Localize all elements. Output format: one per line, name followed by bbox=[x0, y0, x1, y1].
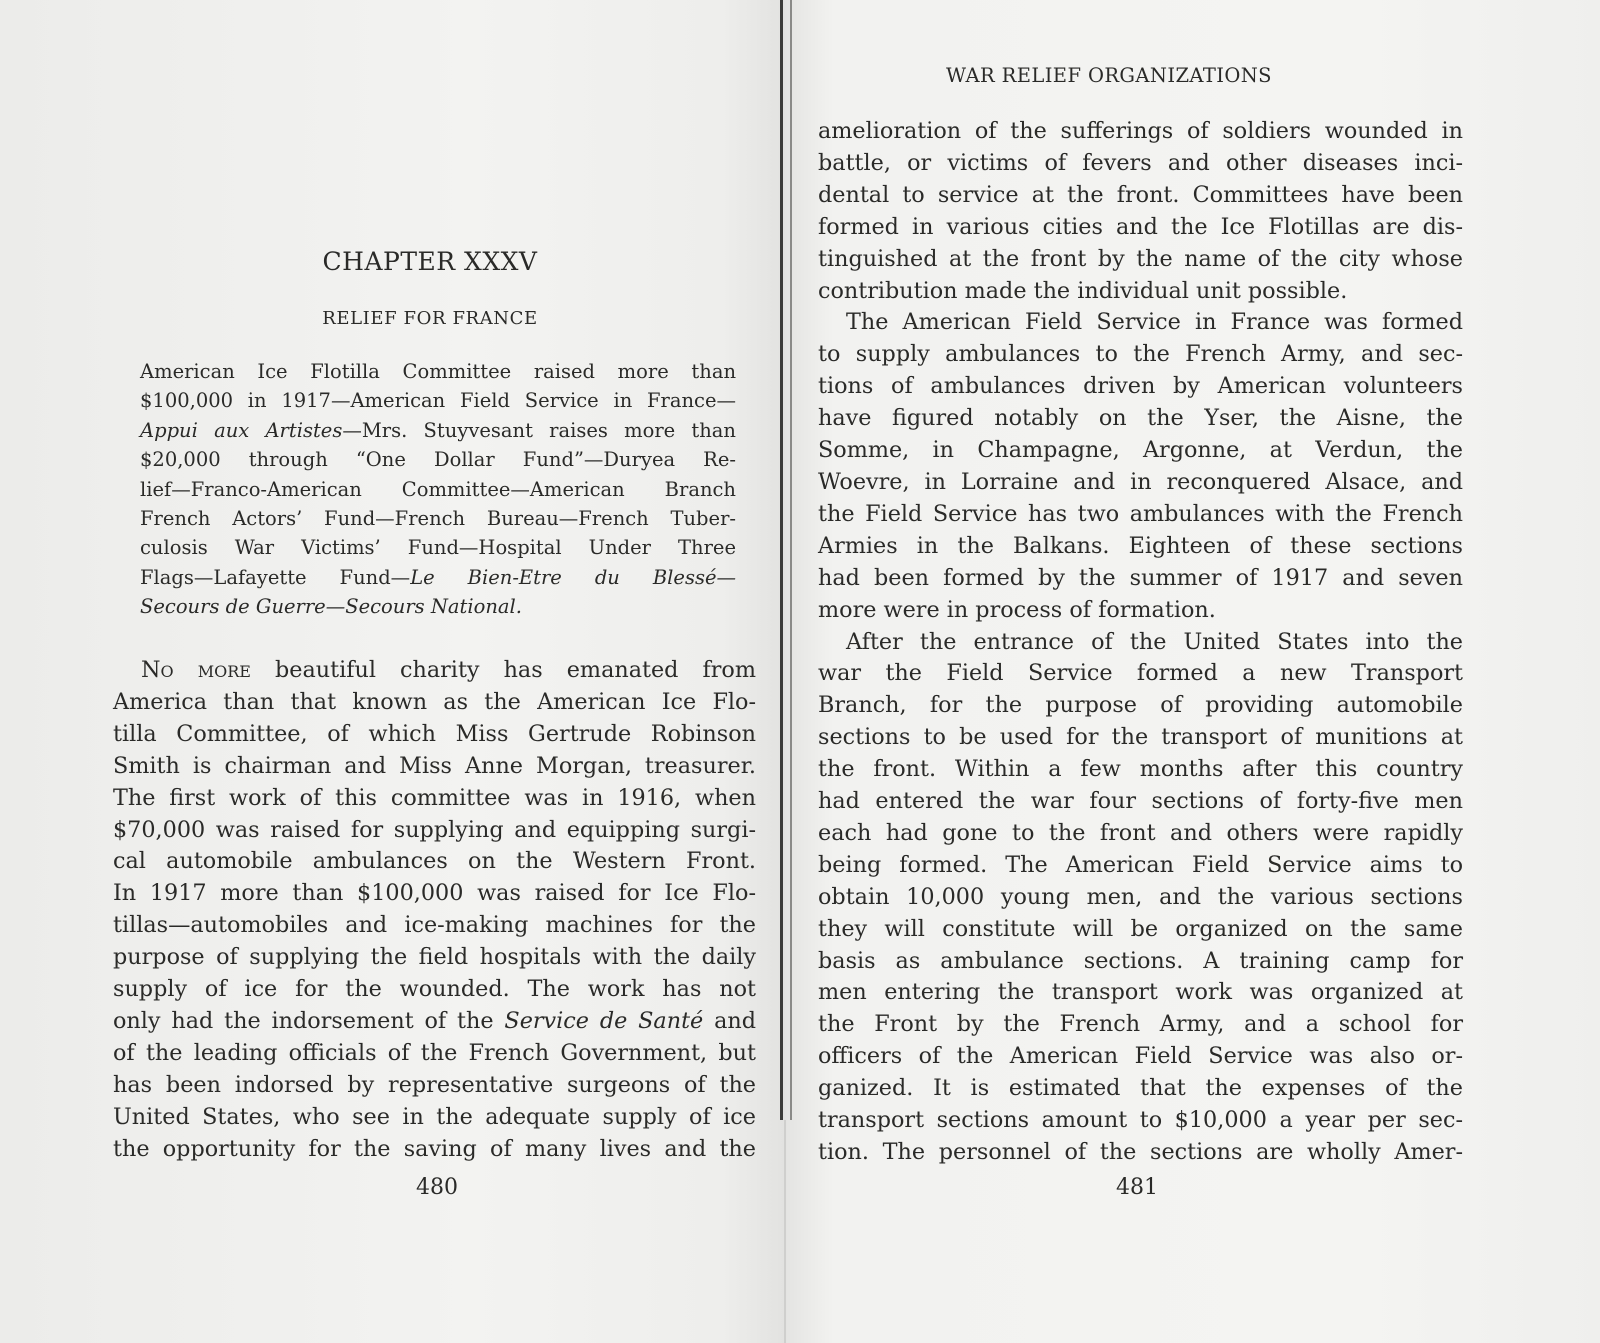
summary-line: American Ice Flotilla Committee raised m… bbox=[140, 357, 736, 386]
chapter-title: CHAPTER XXXV bbox=[100, 247, 760, 276]
body-line: has been indorsed by representative surg… bbox=[113, 1070, 756, 1102]
body-line: Somme, in Champagne, Argonne, at Verdun,… bbox=[818, 435, 1463, 467]
body-line: had entered the war four sections of for… bbox=[818, 786, 1463, 818]
body-line: they will constitute will be organized o… bbox=[818, 914, 1463, 946]
summary-line: $100,000 in 1917—American Field Service … bbox=[140, 386, 736, 415]
page-number-left: 480 bbox=[416, 1175, 458, 1200]
body-line: sections to be used for the transport of… bbox=[818, 722, 1463, 754]
summary-line: lief—Franco-American Committee—American … bbox=[140, 475, 736, 504]
body-line: Branch, for the purpose of providing aut… bbox=[818, 690, 1463, 722]
body-fragment: beautiful charity has emanated from bbox=[251, 657, 756, 683]
body-line: United States, who see in the adequate s… bbox=[113, 1102, 756, 1134]
body-line: The first work of this committee was in … bbox=[113, 783, 756, 815]
body-line: Armies in the Balkans. Eighteen of these… bbox=[818, 531, 1463, 563]
italic-title: Appui aux Artistes bbox=[140, 419, 342, 442]
summary-line: Secours de Guerre—Secours National. bbox=[140, 592, 736, 621]
body-line: Woevre, in Lorraine and in reconquered A… bbox=[818, 467, 1463, 499]
body-line: men entering the transport work was orga… bbox=[818, 977, 1463, 1009]
body-line: tinguished at the front by the name of t… bbox=[818, 244, 1463, 276]
body-line: basis as ambulance sections. A training … bbox=[818, 946, 1463, 978]
running-head: WAR RELIEF ORGANIZATIONS bbox=[946, 64, 1272, 87]
body-line: The American Field Service in France was… bbox=[818, 307, 1463, 339]
left-page-body: No more beautiful charity has emanated f… bbox=[113, 655, 756, 1166]
body-line: supply of ice for the wounded. The work … bbox=[113, 974, 756, 1006]
italic-title: Le Bien-Etre du Blessé— bbox=[410, 566, 736, 589]
summary-line: $20,000 through “One Dollar Fund”—Duryea… bbox=[140, 445, 736, 474]
body-line: purpose of supplying the field hospitals… bbox=[113, 942, 756, 974]
gutter-line bbox=[780, 0, 783, 1120]
body-line: being formed. The American Field Service… bbox=[818, 850, 1463, 882]
body-line: obtain 10,000 young men, and the various… bbox=[818, 882, 1463, 914]
body-line: war the Field Service formed a new Trans… bbox=[818, 658, 1463, 690]
chapter-subtitle: RELIEF FOR FRANCE bbox=[100, 308, 760, 329]
body-line: the front. Within a few months after thi… bbox=[818, 754, 1463, 786]
chapter-summary: American Ice Flotilla Committee raised m… bbox=[140, 357, 736, 622]
body-line: Smith is chairman and Miss Anne Morgan, … bbox=[113, 751, 756, 783]
body-line: amelioration of the sufferings of soldie… bbox=[818, 116, 1463, 148]
body-line: tions of ambulances driven by American v… bbox=[818, 371, 1463, 403]
italic-term: Service de Santé bbox=[504, 1008, 703, 1034]
body-line: of the leading officials of the French G… bbox=[113, 1038, 756, 1070]
body-line: tillas—automobiles and ice-making machin… bbox=[113, 910, 756, 942]
body-line: have figured notably on the Yser, the Ai… bbox=[818, 403, 1463, 435]
drop-small-caps: No more bbox=[141, 657, 251, 683]
body-line: In 1917 more than $100,000 was raised fo… bbox=[113, 878, 756, 910]
body-line: tion. The personnel of the sections are … bbox=[818, 1137, 1463, 1169]
right-page-body: amelioration of the sufferings of soldie… bbox=[818, 116, 1463, 1169]
body-line-opening: No more beautiful charity has emanated f… bbox=[113, 655, 756, 687]
body-line: ganized. It is estimated that the expens… bbox=[818, 1073, 1463, 1105]
summary-line: French Actors’ Fund—French Bureau—French… bbox=[140, 504, 736, 533]
summary-line: culosis War Victims’ Fund—Hospital Under… bbox=[140, 533, 736, 562]
body-line: battle, or victims of fevers and other d… bbox=[818, 148, 1463, 180]
gutter-fold bbox=[784, 1120, 786, 1343]
body-line: the Field Service has two ambulances wit… bbox=[818, 499, 1463, 531]
body-line: to supply ambulances to the French Army,… bbox=[818, 339, 1463, 371]
body-line: contribution made the individual unit po… bbox=[818, 276, 1463, 308]
body-line: transport sections amount to $10,000 a y… bbox=[818, 1105, 1463, 1137]
body-line: each had gone to the front and others we… bbox=[818, 818, 1463, 850]
body-line: America than that known as the American … bbox=[113, 687, 756, 719]
body-line: dental to service at the front. Committe… bbox=[818, 180, 1463, 212]
body-line: After the entrance of the United States … bbox=[818, 627, 1463, 659]
gutter-line-secondary bbox=[790, 0, 792, 1120]
summary-fragment: Flags—Lafayette Fund— bbox=[140, 566, 410, 589]
page-number-right: 481 bbox=[1116, 1175, 1158, 1200]
body-line: tilla Committee, of which Miss Gertrude … bbox=[113, 719, 756, 751]
body-line: $70,000 was raised for supplying and equ… bbox=[113, 815, 756, 847]
body-fragment: and bbox=[703, 1008, 756, 1034]
body-line: had been formed by the summer of 1917 an… bbox=[818, 563, 1463, 595]
body-line: only had the indorsement of the Service … bbox=[113, 1006, 756, 1038]
summary-fragment: —Mrs. Stuyvesant raises more than bbox=[342, 419, 736, 442]
body-line: formed in various cities and the Ice Flo… bbox=[818, 212, 1463, 244]
body-line: cal automobile ambulances on the Western… bbox=[113, 846, 756, 878]
body-line: the Front by the French Army, and a scho… bbox=[818, 1009, 1463, 1041]
body-line: more were in process of formation. bbox=[818, 595, 1463, 627]
body-line: officers of the American Field Service w… bbox=[818, 1041, 1463, 1073]
summary-line: Appui aux Artistes—Mrs. Stuyvesant raise… bbox=[140, 416, 736, 445]
body-fragment: only had the indorsement of the bbox=[113, 1008, 504, 1034]
body-line: the opportunity for the saving of many l… bbox=[113, 1134, 756, 1166]
italic-title: Secours de Guerre—Secours National. bbox=[140, 595, 522, 618]
summary-line: Flags—Lafayette Fund—Le Bien-Etre du Ble… bbox=[140, 563, 736, 592]
